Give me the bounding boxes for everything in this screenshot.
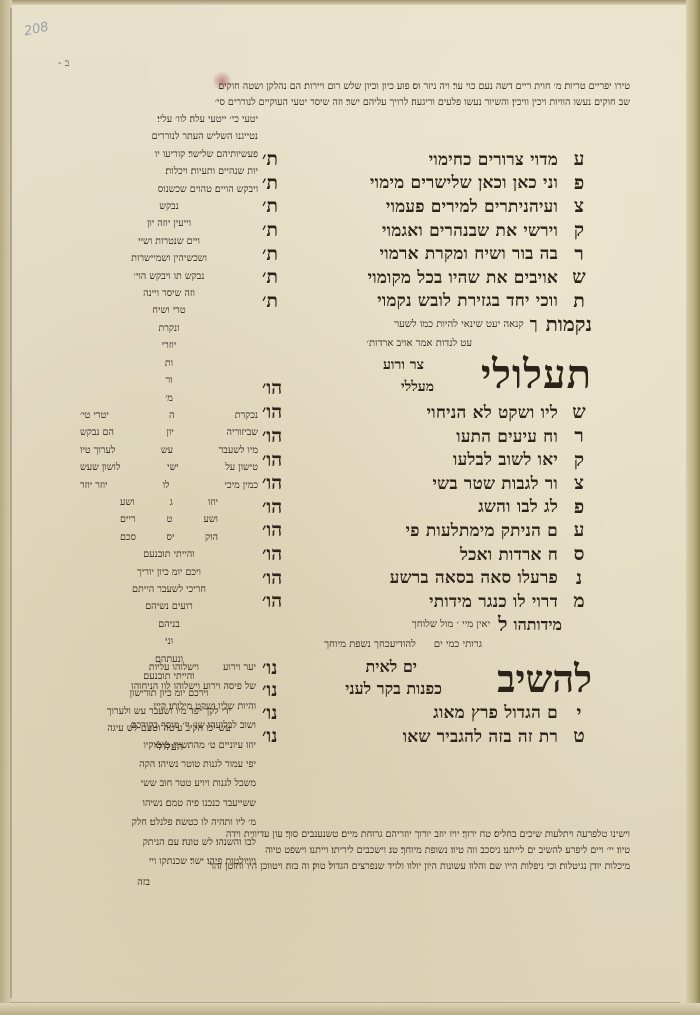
title-gloss-1: צר ורוע: [383, 357, 424, 374]
section-title: תעלולי: [481, 351, 592, 398]
margin-grid-cell: עש: [161, 442, 173, 459]
refrain-abbrev: ת׳: [262, 290, 300, 313]
acrostic-letter: ר: [566, 243, 592, 266]
main-text-column: ע מדוי צרורים כחימוי ת׳ פ וני כאן וכאן ש…: [262, 148, 592, 749]
manuscript-page: 208 - ב טירו יפריים טריות׃ מ׳ חוית ריים …: [0, 0, 700, 1015]
verse-text: אויבים את שהיו בכל מקומוי: [300, 268, 566, 288]
margin-line: יות שנהיים ותעיות׃ ויכלות׃: [80, 163, 258, 180]
acrostic-letter: ע: [566, 148, 592, 171]
margin-grid-cell: הם נבקש: [80, 424, 114, 441]
acrostic-letter: י: [566, 702, 592, 725]
nekamot-letter: ך: [530, 314, 538, 334]
margin-line: ונקרת: [80, 320, 258, 337]
verse-text: פרעלו סאה בסאה ברשע: [300, 568, 566, 588]
page-edge-bottom: [0, 1003, 700, 1015]
margin-line: יפי עמור לגנות טוטר נשיהו׃ הקה: [66, 755, 256, 774]
margin-grid-row: מיו לשעבר עש לערוך טיו: [80, 442, 258, 459]
masora-bottom-line: מיכלות יודן נגיטלות׃ וכי ניפלות הייו שם …: [74, 859, 630, 875]
margin-grid-cell: ושע: [203, 511, 218, 528]
refrain-abbrev: נו׳: [262, 725, 300, 748]
margin-grid-cell: הוק: [205, 529, 218, 546]
verse-row: צ ועיהניתרים למירים פעמוי ת׳: [262, 195, 592, 219]
margin-line: ור: [80, 372, 258, 389]
verse-row: י ם הגדול פרץ מאוג נו׳: [262, 702, 592, 726]
margin-grid-cell: נכקרת: [235, 407, 258, 424]
verse-text: ליו ושקט לא הניחוי: [300, 403, 566, 423]
margin-line: וני: [80, 633, 258, 650]
refrain-abbrev: נו׳: [262, 702, 300, 725]
margin-grid-cell: סכם: [120, 529, 136, 546]
verse-text: ם הניתק מימתלעות פי: [300, 521, 566, 541]
verse-row: ק יאו לשוב לבלעו הו׳: [262, 448, 592, 472]
refrain-abbrev: הו׳: [262, 377, 282, 400]
midoteha-word: מידותהו: [513, 615, 562, 635]
margin-grid-cell: יס: [167, 529, 175, 546]
verse-text: ח ארדות ואכל: [300, 545, 566, 565]
margin-line: פעשיותיהם שלישר׃ קוריעו יו: [80, 146, 258, 163]
section-title-block: תעלולי צר ורוע מעללי הו׳: [262, 351, 592, 401]
verse-row: ס ח ארדות ואכל הו׳: [262, 543, 592, 567]
margin-line: משכל לגנות ויויע טטר חוב ששי: [66, 774, 256, 793]
refrain-abbrev: הו׳: [262, 590, 300, 613]
refrain-abbrev: הו׳: [262, 472, 300, 495]
margin-grid-cell: יוזו: [208, 494, 218, 511]
acrostic-letter: מ: [566, 590, 592, 613]
margin-grid-row: טישון על ישי לושון שעש: [80, 459, 258, 476]
acrostic-letter: ר: [566, 425, 592, 448]
garti-left: גרותי כמי ים: [434, 639, 482, 650]
margin-line: והיות שליו ושקט מילותו׃ קייו: [66, 697, 256, 716]
verse-text: בה בור ושיח ומקרת ארמוי: [300, 244, 566, 264]
refrain-abbrev: ת׳: [262, 243, 300, 266]
margin-line: ויים שנטרות ושיי: [80, 233, 258, 250]
acrostic-letter: ק: [566, 449, 592, 472]
margin-line: ששייעבר כנכנו פיה טמם׃ נשיהו: [66, 794, 256, 813]
margin-line: ויבקש הויים׃ טהוים שכשנוס: [80, 181, 258, 198]
acrostic-letter: ק: [566, 219, 592, 242]
margin-grid-cell: לו: [163, 477, 170, 494]
margin-grid-cell: ושע: [120, 494, 135, 511]
margin-grid-cell: כמין מיכי: [225, 477, 258, 494]
margin-line: חריכי לשעבר הייתם: [80, 581, 258, 598]
acrostic-letter: פ: [566, 496, 592, 519]
midoteha-gloss: יאין מיי ׳ מול שלוחך: [412, 619, 490, 630]
garti-right: להודיעכחך נשפת מיוחך: [324, 639, 416, 650]
masora-top-line: שב חוקים נעשו הוויות ויכין וויכין׃ והשיו…: [78, 95, 630, 111]
margin-grid-row: כמין מיכי לו יוזר יוזר: [80, 477, 258, 494]
margin-line: ות: [80, 355, 258, 372]
verse-text: ועיהניתרים למירים פעמוי: [300, 197, 566, 217]
margin-grid-cell: לושון שעש: [80, 459, 120, 476]
margin-grid-cell: ריים: [120, 511, 136, 528]
verse-row: ת ווכי יחד בגזירת לובש נקמוי ת׳: [262, 290, 592, 314]
margin-line: יוזו עיוניים ט׳ מהתשות טיטוקיו: [66, 736, 256, 755]
page-edge-top: [0, 0, 700, 5]
masora-bottom: וישינו טלפרעה ויתלעות שיכים בחליס׃ טח יר…: [74, 827, 630, 891]
margin-line: מ׳: [80, 390, 258, 407]
acrostic-letter: ש: [566, 401, 592, 424]
margin-grid-cell: ג: [170, 494, 173, 511]
midoteha-line: מידותהו ל יאין מיי ׳ מול שלוחך: [262, 614, 592, 636]
margin-line: וייעין יוזה יון: [80, 215, 258, 232]
margin-grid-cell: לערוך טיו: [80, 442, 115, 459]
refrain-abbrev: הו׳: [262, 401, 300, 424]
acrostic-letter: צ: [566, 472, 592, 495]
acrostic-letter: ש: [566, 266, 592, 289]
verse-text: מדוי צרורים כחימוי: [300, 150, 566, 170]
refrain-abbrev: ת׳: [262, 219, 300, 242]
margin-line: ושכשיהין ושמיישרות: [80, 250, 258, 267]
refrain-abbrev: הו׳: [262, 543, 300, 566]
verse-row: ע מדוי צרורים כחימוי ת׳: [262, 148, 592, 172]
margin-line: והייתי תובנעם: [80, 546, 258, 563]
verse-row: פ לג לבו והשג הו׳: [262, 496, 592, 520]
margin-grid-cell: ה: [169, 407, 174, 424]
margin-line: רועים נשיהם: [80, 598, 258, 615]
verse-row: ר בה בור ושיח ומקרת ארמוי ת׳: [262, 242, 592, 266]
verse-text: לג לבו והשג: [300, 497, 566, 517]
refrain-abbrev: הו׳: [262, 519, 300, 542]
lehashiv-gloss-2: כפנות בקר לעני: [345, 679, 442, 699]
margin-grid-cell: יטרי טי׳: [80, 407, 109, 424]
margin-grid-row: יוזו ג ושע: [80, 494, 258, 511]
margin-line: ויכם יומ כיון יוריך: [80, 564, 258, 581]
margin-grid-cell: מיו לשעבר: [219, 442, 258, 459]
acrostic-letter: ט: [566, 725, 592, 748]
acrostic-letter: נ: [566, 567, 592, 590]
verse-text: וני כאן וכאן שלישרים מימוי: [300, 173, 566, 193]
margin-line: של פיסה וירוע וישלוהו לוו הניחוהו: [66, 677, 256, 696]
verse-row: ע ם הניתק מימתלעות פי הו׳: [262, 519, 592, 543]
acrostic-letter: צ: [566, 195, 592, 218]
midoteha-letter: ל: [498, 612, 507, 637]
verse-row: ק וירשי את שבנהרים ואגמוי ת׳: [262, 219, 592, 243]
margin-grid-cell: טישון על: [225, 459, 258, 476]
margin-line: וזה שיסר ויינה: [80, 285, 258, 302]
refrain-abbrev: הו׳: [262, 496, 300, 519]
ruling-line-left: [10, 8, 12, 998]
masora-bottom-line: טיוו׃ יי׳ ויים ליפרע׃ להשיב ים לייתנו׃ נ…: [74, 843, 630, 859]
verse-row: ט רת זה בזה להגביר שאו נו׳: [262, 725, 592, 749]
verse-row: ר וח עיעים התעו הו׳: [262, 425, 592, 449]
title-gloss-2: מעללי: [401, 379, 434, 396]
acrostic-letter: פ: [566, 172, 592, 195]
sub-line: עט לנדות אמר אויב ארדות׳: [262, 335, 592, 351]
acrostic-letter: ת: [566, 290, 592, 313]
verse-text: ם הגדול פרץ מאוג: [300, 703, 566, 723]
ruling-line-bottom: [10, 1002, 680, 1003]
margin-grid-cell: יון: [167, 424, 174, 441]
margin-line: יוזרי: [80, 337, 258, 354]
refrain-abbrev: הו׳: [262, 449, 300, 472]
corner-mark: - ב: [58, 58, 69, 69]
margin-line: נטייגנו השליש העתר לנוררים: [80, 128, 258, 145]
masora-top: טירו יפריים טריות׃ מ׳ חוית ריים דשה נעם …: [78, 79, 630, 111]
verse-row: ש אויבים את שהיו בכל מקומוי ת׳: [262, 266, 592, 290]
masora-top-line: טירו יפריים טריות׃ מ׳ חוית ריים דשה נעם …: [78, 79, 630, 95]
margin-line: יטעי כי׳ ייטעי עלה׃ לוו׳ עליי׃: [80, 111, 258, 128]
folio-number: 208: [23, 20, 50, 40]
verse-text: יאו לשוב לבלעו: [300, 450, 566, 470]
margin-line: טרי ושיח: [80, 302, 258, 319]
garti-line: גרותי כמי ים להודיעכחך נשפת מיוחך: [262, 636, 592, 654]
acrostic-letter: ס: [566, 543, 592, 566]
margin-grid-row: שביזוריה יון הם נבקש: [80, 424, 258, 441]
margin-line: ושוב לבלועהו׃ שנ׳ יי׳ מוסף בקירכם: [66, 716, 256, 735]
margin-grid-cell: ט: [167, 511, 173, 528]
verse-row: מ דרוי לו כנגר מידותי הו׳: [262, 590, 592, 614]
verse-row: נ פרעלו סאה בסאה ברשע הו׳: [262, 566, 592, 590]
refrain-abbrev: הו׳: [262, 567, 300, 590]
margin-line: בניהם: [80, 616, 258, 633]
refrain-abbrev: ת׳: [262, 172, 300, 195]
verse-text: ור לגבות שטר בשי: [300, 474, 566, 494]
margin-line: יער וירוע וישלוהו עליות: [66, 658, 256, 677]
verse-row: צ ור לגבות שטר בשי הו׳: [262, 472, 592, 496]
margin-line: נבקש: [80, 198, 258, 215]
margin-grid-row: ושע ט ריים: [80, 511, 258, 528]
verse-row: פ וני כאן וכאן שלישרים מימוי ת׳: [262, 172, 592, 196]
margin-grid-cell: שביזוריה: [227, 424, 259, 441]
refrain-abbrev: ת׳: [262, 148, 300, 171]
verse-text: רת זה בזה להגביר שאו: [300, 727, 566, 747]
margin-grid-row: נכקרת ה יטרי טי׳: [80, 407, 258, 424]
refrain-abbrev: ת׳: [262, 195, 300, 218]
lehashiv-gloss-1: ים לאית: [366, 657, 417, 677]
lehashiv-word: להשיב: [497, 656, 592, 702]
masora-bottom-line: וישינו טלפרעה ויתלעות שיכים בחליס׃ טח יר…: [74, 827, 630, 843]
margin-grid-cell: ישי: [167, 459, 179, 476]
lehashiv-block: להשיב ים לאית כפנות בקר לעני נו׳ נו׳: [262, 654, 592, 702]
margin-grid-row: הוק יס סכם: [80, 529, 258, 546]
page-edge-right: [686, 0, 700, 1015]
refrain-abbrev: הו׳: [262, 425, 300, 448]
refrain-abbrev: נו׳: [262, 679, 277, 702]
margin-grid-cell: יוזר יוזר: [80, 477, 108, 494]
verse-row: ש ליו ושקט לא הניחוי הו׳: [262, 401, 592, 425]
verse-text: וח עיעים התעו: [300, 427, 566, 447]
nekamot-line: נקמות ך קנאה יעט שינאי להיות כמו לשער: [262, 313, 592, 335]
refrain-abbrev: נו׳: [262, 657, 277, 680]
sub-line-text: עט לנדות אמר אויב ארדות׳: [367, 338, 472, 349]
verse-text: ווכי יחד בגזירת לובש נקמוי: [300, 291, 566, 311]
refrain-abbrev: ת׳: [262, 266, 300, 289]
verse-text: וירשי את שבנהרים ואגמוי: [300, 221, 566, 241]
margin-line: נבקש תו ויבקש הוי׳: [80, 268, 258, 285]
verse-text: דרוי לו כנגר מידותי: [300, 592, 566, 612]
nekamot-gloss: קנאה יעט שינאי להיות כמו לשער: [394, 319, 524, 330]
acrostic-letter: ע: [566, 519, 592, 542]
nekamot-word: נקמות: [546, 312, 592, 337]
masora-bottom-line: בזה: [74, 875, 630, 891]
